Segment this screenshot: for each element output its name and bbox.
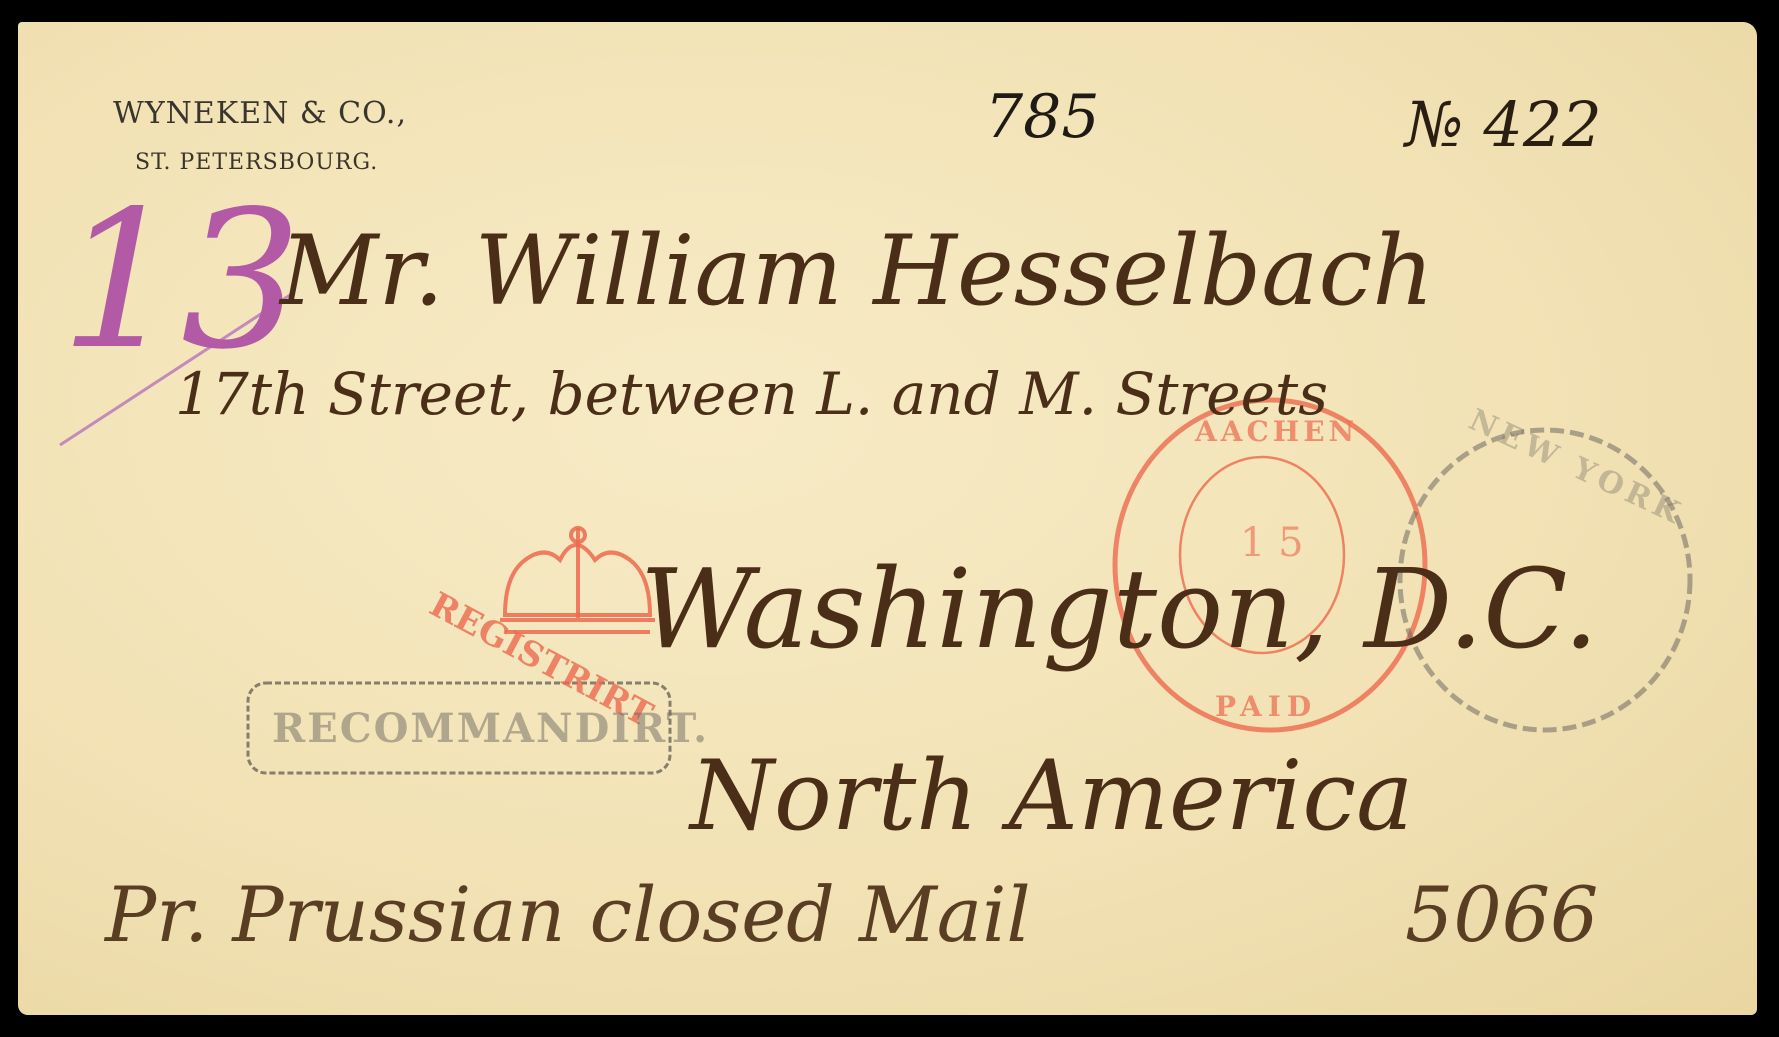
address-country: North America (690, 740, 1413, 852)
addressee-name: Mr. William Hesselbach (280, 215, 1434, 327)
sender-name: WYNEKEN & CO., (113, 96, 407, 131)
top-number: 785 (985, 82, 1100, 152)
reference-number: № 422 (1405, 88, 1602, 161)
red-postmark-date: 1 5 (1240, 520, 1304, 566)
routing-number: 5066 (1405, 870, 1598, 959)
red-postmark-top: AACHEN (1195, 415, 1358, 448)
routing-instruction: Pr. Prussian closed Mail (105, 870, 1031, 959)
rate-marking: 13 (60, 170, 302, 391)
crown-icon (500, 528, 655, 632)
registered-box-label: RECOMMANDIRT. (272, 705, 709, 752)
address-city: Washington, D.C. (640, 545, 1598, 673)
address-street: 17th Street, between L. and M. Streets (175, 360, 1328, 428)
red-postmark-bottom: PAID (1215, 690, 1317, 723)
